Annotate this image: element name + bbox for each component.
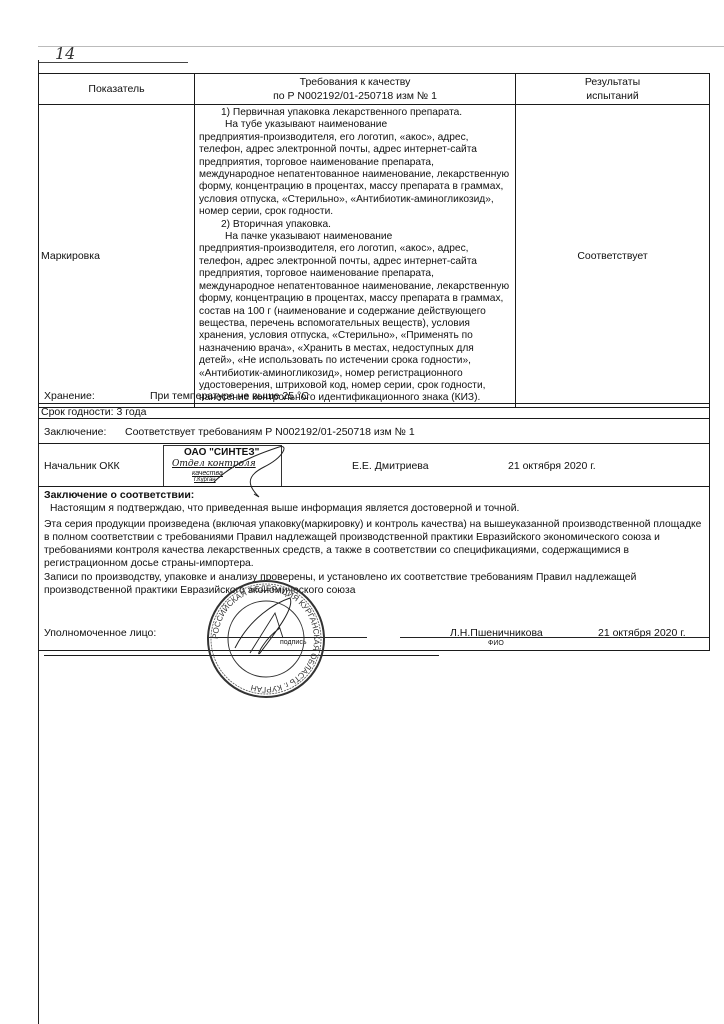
table-header-row: Показатель Требования к качеству по Р N0… [39,74,710,105]
header-results: Результаты испытаний [516,74,710,105]
secondary-packaging-intro: На пачке указывают наименование [199,231,511,243]
name-caption: ФИО [488,640,504,647]
compliance-title: Заключение о соответствии: [44,489,194,501]
table-row: Маркировка 1) Первичная упаковка лекарст… [39,105,710,408]
svg-text:РОССИЙСКАЯ ФЕДЕРАЦИЯ КУРГАНСКА: РОССИЙСКАЯ ФЕДЕРАЦИЯ КУРГАНСКАЯ ОБЛАСТЬ … [211,584,321,694]
page-number: 14 [55,44,75,63]
department-stamp: ОАО "СИНТЕЗ" Отдел контроля качества г.К… [163,445,282,487]
header-indicator-label: Показатель [88,83,144,95]
primary-packaging-body: предприятия-производителя, его логотип, … [199,132,511,219]
storage-label: Хранение: [44,390,95,402]
official-seal-icon: РОССИЙСКАЯ ФЕДЕРАЦИЯ КУРГАНСКАЯ ОБЛАСТЬ … [205,578,327,700]
secondary-packaging-title: 2) Вторичная упаковка. [199,219,511,231]
divider [38,443,710,444]
divider [38,403,710,404]
header-requirements: Требования к качеству по Р N002192/01-25… [195,74,516,105]
compliance-statement: Настоящим я подтверждаю, что приведенная… [44,502,710,515]
qc-head-date: 21 октября 2020 г. [508,460,596,472]
divider-bottom [38,650,710,651]
row-result: Соответствует [516,105,710,408]
quality-requirements-table: Показатель Требования к качеству по Р N0… [38,73,710,408]
shelf-life: Срок годности: 3 года [41,406,146,418]
conclusion-label: Заключение: [44,426,106,438]
signature-icon [204,442,294,502]
header-results-line2: испытаний [516,89,709,103]
primary-packaging-title: 1) Первичная упаковка лекарственного пре… [199,107,511,119]
right-border [709,385,710,651]
page-number-underline [38,62,188,63]
header-requirements-line1: Требования к качеству [195,75,515,89]
qc-head-role: Начальник ОКК [44,460,120,472]
authorized-person-label: Уполномоченное лицо: [44,627,156,639]
compliance-paragraph-2: Записи по производству, упаковке и анали… [44,571,704,597]
conclusion-value: Соответствует требованиям Р N002192/01-2… [125,426,415,438]
compliance-paragraph-1: Эта серия продукции произведена (включая… [44,518,704,570]
row-indicator: Маркировка [39,105,195,408]
header-requirements-line2: по Р N002192/01-250718 изм № 1 [195,89,515,103]
divider [38,486,710,487]
row-requirements: 1) Первичная упаковка лекарственного пре… [195,105,516,408]
storage-value: При температуре не выше 25 °С [150,390,309,402]
secondary-packaging-body: предприятия-производителя, его логотип, … [199,243,511,404]
authorized-person-date: 21 октября 2020 г. [598,627,686,639]
scan-top-edge [38,46,724,47]
header-results-line1: Результаты [516,75,709,89]
header-indicator: Показатель [39,74,195,105]
divider [38,418,710,419]
qc-head-name: Е.Е. Дмитриева [352,460,429,472]
primary-packaging-intro: На тубе указывают наименование [199,119,511,131]
